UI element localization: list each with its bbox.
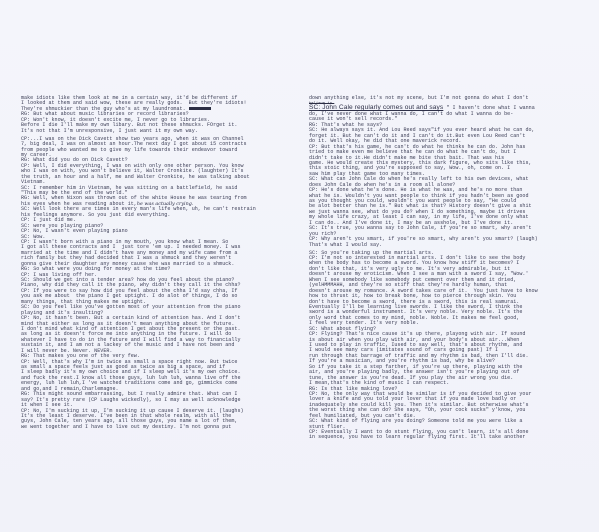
scanned-transcript-page: make idiots like them look at me in a ce… xyxy=(0,0,599,532)
redacted-mark xyxy=(189,107,211,111)
text-line: in sequence, you have to learn regular f… xyxy=(309,435,579,440)
right-text-column: down anything else, it's not my scene, b… xyxy=(309,96,579,441)
text-line: the truth, an hour and a half, me and Wa… xyxy=(21,175,283,180)
handwritten-insert: SC: John Cale regularly comes out and sa… xyxy=(309,104,443,111)
text-line: we went together and I have to live out … xyxy=(21,425,283,430)
left-text-column: make idiots like them look at me in a ce… xyxy=(21,96,283,430)
